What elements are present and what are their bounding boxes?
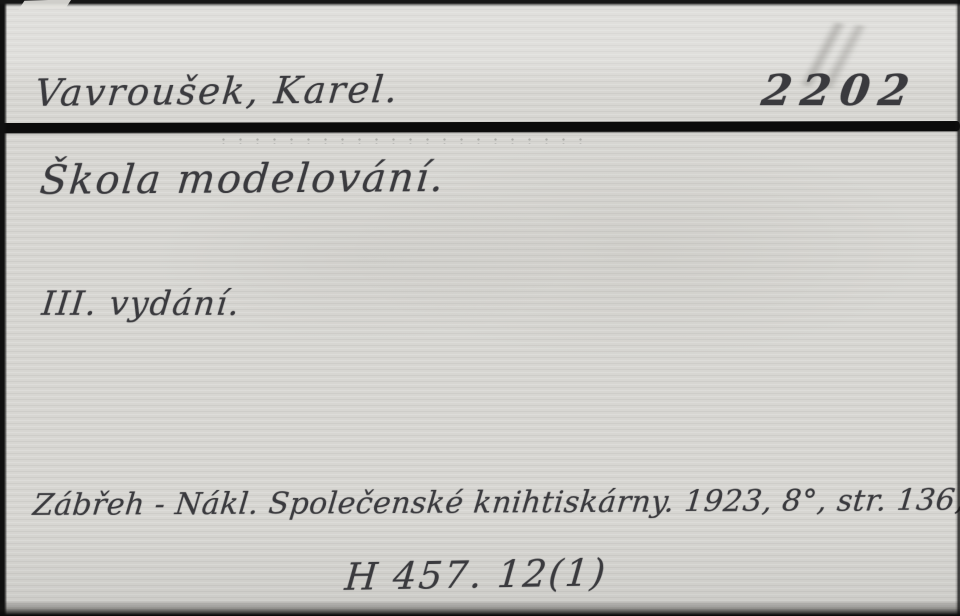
- catalog-card-scan: Vavroušek, Karel. 2202 Škola modelování.…: [0, 0, 960, 616]
- imprint-line: Zábřeh - Nákl. Společenské knihtiskárny.…: [31, 483, 960, 523]
- scan-edge-right: [955, 0, 960, 616]
- scan-edge-top: [0, 0, 960, 7]
- title-line: Škola modelování.: [38, 155, 448, 204]
- author-line: Vavroušek, Karel.: [33, 68, 401, 115]
- scan-edge-bottom: [0, 600, 960, 616]
- card-number: 2202: [758, 66, 921, 116]
- scan-edge-left: [0, 0, 7, 616]
- header-rule: [0, 121, 960, 133]
- ink-specks: [215, 137, 595, 144]
- edition-line: III. vydání.: [40, 284, 243, 323]
- shelfmark-line: H 457. 12(1): [343, 551, 609, 599]
